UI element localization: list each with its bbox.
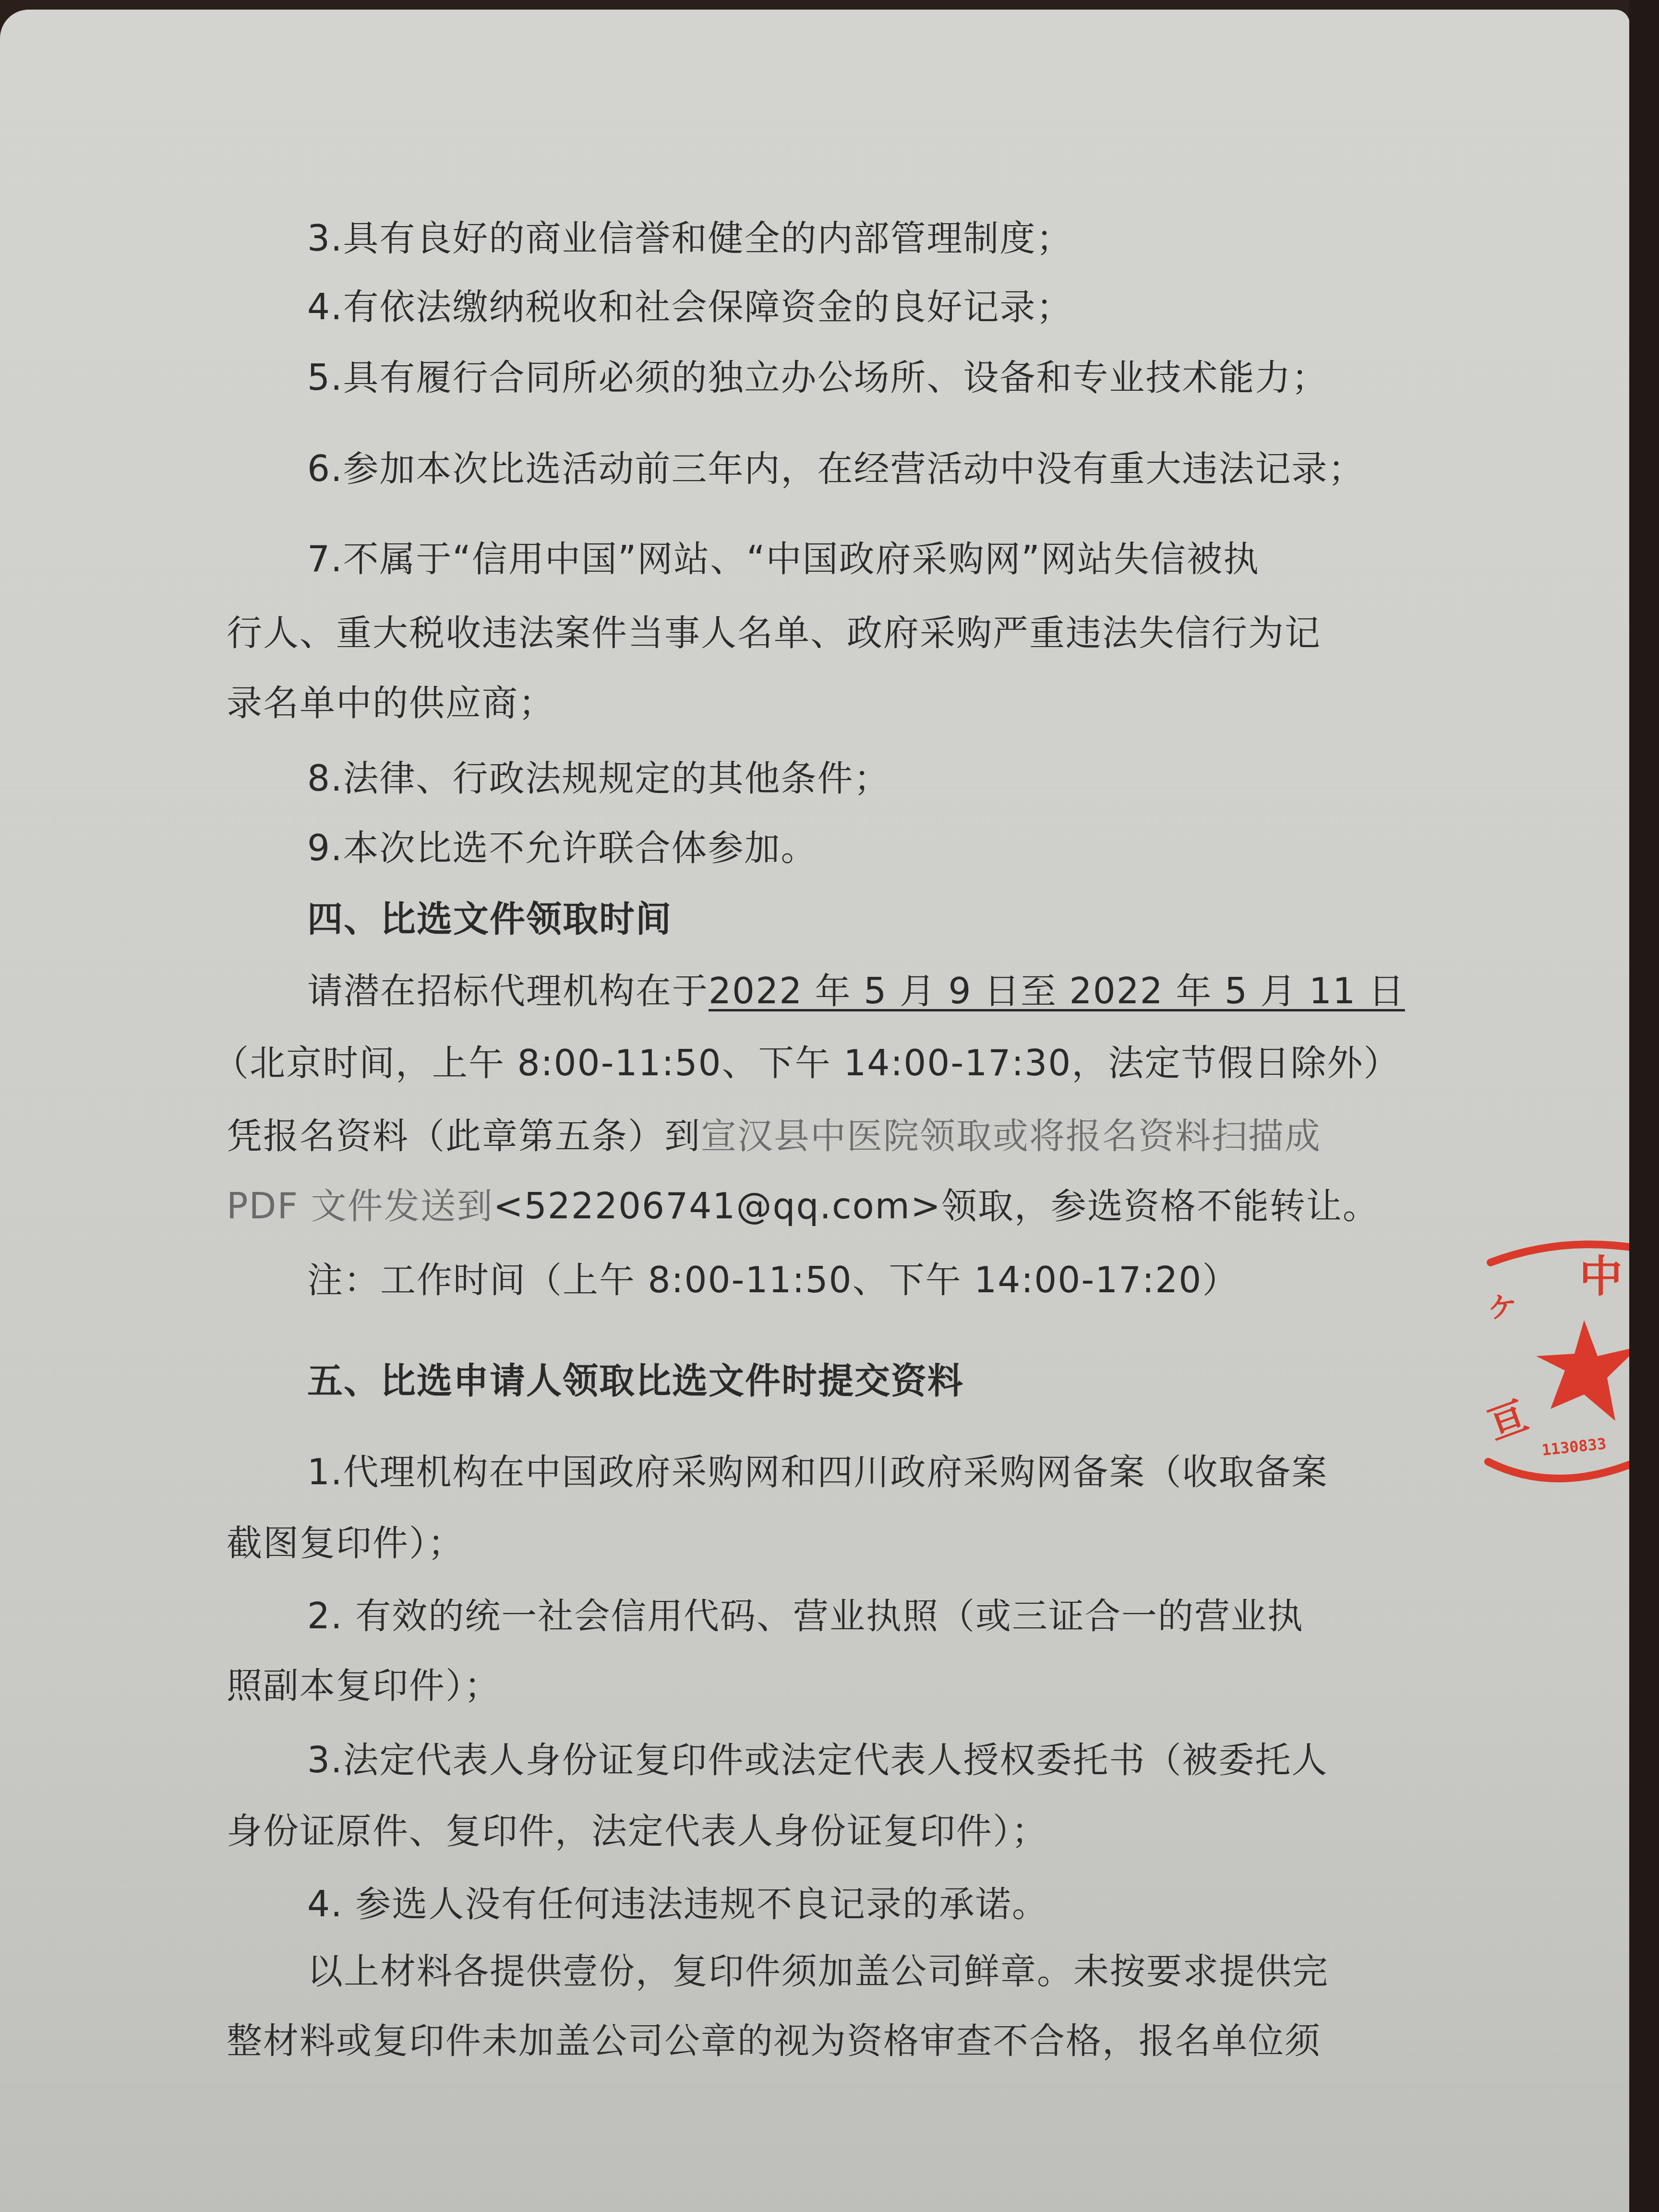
- pdf-text: PDF 文件发送到: [227, 1186, 493, 1227]
- working-hours-note: 注：工作时间（上午 8:00-11:50、下午 14:00-17:20）: [307, 1262, 1238, 1298]
- section-5-item2-line1: 2. 有效的统一社会信用代码、营业执照（或三证合一的营业执: [307, 1599, 1304, 1634]
- section-5-item2-line2: 照副本复印件）；: [227, 1668, 501, 1704]
- section-4-line4: PDF 文件发送到<522206741@qq.com>领取，参选资格不能转让。: [227, 1189, 1379, 1224]
- section-4-heading: 四、比选文件领取时间: [307, 902, 672, 937]
- requirement-5: 5.具有履行合同所必须的独立办公场所、设备和专业技术能力；: [307, 360, 1328, 396]
- hospital-text: 宣汉县中医院领取或将报名资料扫描成: [701, 1116, 1321, 1157]
- seal-code: 1130833: [1541, 1434, 1607, 1459]
- seal-char-bottom: 亘: [1482, 1393, 1533, 1448]
- requirement-3: 3.具有良好的商业信誉和健全的内部管理制度；: [307, 221, 1073, 256]
- section-4-hours: （北京时间，上午 8:00-11:50、下午 14:00-17:30，法定节假日…: [213, 1046, 1400, 1081]
- requirement-7-line2: 行人、重大税收违法案件当事人名单、政府采购严重违法失信行为记: [227, 615, 1321, 651]
- intro-text: 请潜在招标代理机构在于: [307, 971, 709, 1012]
- section-5-item1-line1: 1.代理机构在中国政府采购网和四川政府采购网备案（收取备案: [307, 1455, 1328, 1490]
- section-5-item1-line2: 截图复印件）；: [227, 1526, 464, 1561]
- closing-line2: 整材料或复印件未加盖公司公章的视为资格审查不合格，报名单位须: [227, 2023, 1321, 2059]
- date-range: 2022 年 5 月 9 日至 2022 年 5 月 11 日: [709, 971, 1405, 1012]
- seal-char-left: ケ: [1488, 1291, 1517, 1325]
- section-5-item3-line1: 3.法定代表人身份证复印件或法定代表人授权委托书（被委托人: [307, 1743, 1328, 1778]
- section-5-heading: 五、比选申请人领取比选文件时提交资料: [307, 1363, 964, 1399]
- section-4-intro: 请潜在招标代理机构在于2022 年 5 月 9 日至 2022 年 5 月 11…: [307, 974, 1405, 1009]
- requirement-7-line1: 7.不属于“信用中国”网站、“中国政府采购网”网站失信被执: [307, 541, 1260, 577]
- email-link[interactable]: <522206741@qq.com>领取，参选资格不能转让。: [493, 1186, 1379, 1227]
- section-4-line3: 凭报名资料（此章第五条）到宣汉县中医院领取或将报名资料扫描成: [227, 1118, 1321, 1154]
- document-page: 3.具有良好的商业信誉和健全的内部管理制度； 4.有依法缴纳税收和社会保障资金的…: [0, 10, 1630, 2212]
- requirement-8: 8.法律、行政法规规定的其他条件；: [307, 761, 890, 796]
- background-edge: [1629, 0, 1659, 2212]
- photo-scene: 3.具有良好的商业信誉和健全的内部管理制度； 4.有依法缴纳税收和社会保障资金的…: [0, 0, 1659, 2212]
- section-5-item3-line2: 身份证原件、复印件，法定代表人身份证复印件）；: [227, 1814, 1048, 1849]
- requirement-6: 6.参加本次比选活动前三年内，在经营活动中没有重大违法记录；: [307, 451, 1365, 487]
- seal-char-top: 中: [1579, 1251, 1623, 1302]
- requirement-9: 9.本次比选不允许联合体参加。: [307, 830, 817, 866]
- requirement-4: 4.有依法缴纳税收和社会保障资金的良好记录；: [307, 289, 1073, 325]
- registration-text: 凭报名资料（此章第五条）到: [227, 1116, 701, 1157]
- closing-line1: 以上材料各提供壹份，复印件须加盖公司鲜章。未按要求提供完: [307, 1954, 1329, 1989]
- requirement-7-line3: 录名单中的供应商；: [227, 685, 555, 721]
- section-5-item4: 4. 参选人没有任何违法违规不良记录的承诺。: [307, 1887, 1048, 1922]
